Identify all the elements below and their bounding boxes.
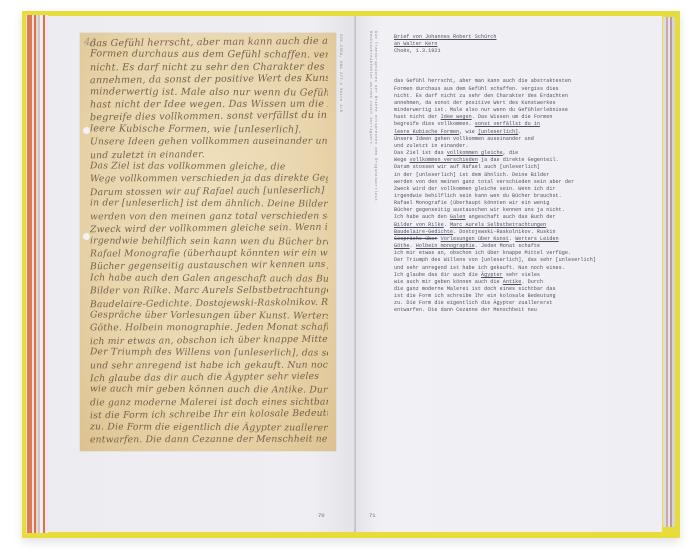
handwriting-line: Der Triumph des Willens von [unleserlich…: [90, 347, 328, 361]
transcript-line: minderwertig ist. Male also nur wenn du …: [394, 107, 656, 114]
transcript-line: Bilder von Rilke. Marc Aurels Selbstbetr…: [394, 222, 656, 229]
text-segment: das Gefühl herrscht, aber man kann auch …: [394, 78, 571, 84]
transcript-line: Unsere Ideen gehen vollkommen auseinande…: [394, 136, 656, 143]
text-segment: Das Ziel ist das: [394, 150, 447, 156]
underlined-text: [unleserlich]: [478, 129, 518, 135]
text-segment: Darum stossen wir auf Rafael auch [unles…: [394, 164, 540, 170]
text-segment: minderwertig ist. Male also nur wenn du …: [394, 107, 568, 113]
transcript-line: Das Ziel ist das vollkommen gleiche, die: [394, 150, 656, 157]
transcript-line: Der Triumph des Willens von [unleserlich…: [394, 257, 656, 264]
transcript-line: das Gefühl herrscht, aber man kann auch …: [394, 78, 656, 85]
underlined-text: vollkommen gleiche: [447, 150, 503, 156]
text-segment: irgendwie behilflich sein kann wen du Bü…: [394, 193, 562, 199]
text-segment: . Jeden Monat schafte: [475, 243, 540, 249]
transcript-line: ich mir etwas an, obschon ich über knapp…: [394, 250, 656, 257]
text-segment: sehr vieles: [503, 272, 540, 278]
transcript-line: Formen durchaus aus dem Gefühl schaffen.…: [394, 86, 656, 93]
struck-text: Gespräche über: [394, 236, 438, 242]
transcript-line: in der [unleserlich] ist dem ähnlich. De…: [394, 172, 656, 179]
text-segment: Der Triumph des Willens von [unleserlich…: [394, 257, 596, 263]
transcript-line: nicht. Es darf nicht zu sehr den Charakt…: [394, 93, 656, 100]
text-segment: und zuletzt in einander.: [394, 143, 469, 149]
transcript-line: entwarfen. Die dann Cezanne der Menschhe…: [394, 307, 656, 314]
letter-title-line1: Brief von Johannes Robert Schürch: [394, 34, 656, 41]
transcript-line: Zweck wird der vollkommen gleiche sein. …: [394, 186, 656, 193]
text-segment: . Durch: [521, 279, 543, 285]
letter-transcript: Brief von Johannes Robert Schürch an Wal…: [394, 34, 656, 315]
text-segment: , wie: [459, 129, 478, 135]
text-segment: Wege: [394, 157, 410, 163]
text-segment: , die: [503, 150, 519, 156]
transcript-line: zu. Die Form die eigentlich die Ägypter …: [394, 300, 656, 307]
underlined-text: vollkommen verschieden: [410, 157, 478, 163]
text-segment: die ganz moderne Malerei ist doch eines …: [394, 286, 556, 292]
transcript-line: Göthe. Holbein monographie. Jeden Monat …: [394, 243, 656, 250]
text-segment: Formen durchaus aus dem Gefühl schaffen.…: [394, 86, 559, 92]
text-segment: Ich habe auch den: [394, 214, 450, 220]
right-page: Die Transkriptionen der Briefe entsprech…: [356, 16, 662, 532]
handwriting-line: Formen durchaus aus dem Gefühl schaffen.…: [90, 49, 328, 63]
open-book-spread: 4/. das Gefühl herrscht, aber man kann a…: [22, 11, 680, 538]
text-segment: angeschaft auch das Buch der: [465, 214, 555, 220]
handwriting-line: zu. Die Form die eigentlich die Ägypter …: [90, 421, 328, 435]
left-page: 4/. das Gefühl herrscht, aber man kann a…: [48, 16, 356, 532]
underlined-text: Bilder von Rilke: [394, 222, 444, 228]
punch-hole-bottom: [83, 233, 90, 240]
text-segment: . Dostojewski-Raskolnikov. Ruskin: [453, 229, 556, 235]
text-segment: und sehr anregend ist habe ich gekauft. …: [394, 265, 565, 271]
transcript-line: Ich glaube das dir auch die Ägypter sehr…: [394, 272, 656, 279]
text-segment: Zweck wird der vollkommen gleiche sein. …: [394, 186, 556, 192]
transcript-line: Gespräche über Vorlesungen über Kunst. W…: [394, 236, 656, 243]
punch-hole-top: [83, 127, 90, 134]
transcript-line: Darum stossen wir auf Rafael auch [unles…: [394, 164, 656, 171]
transcript-line: leere Kubische Formen, wie [unleserlich]…: [394, 129, 656, 136]
underlined-text: Werters Leiden: [515, 236, 559, 242]
text-segment: Unsere Ideen gehen vollkommen auseinande…: [394, 136, 534, 142]
facsimile-source-caption: SIK-ISEA, HNA 277.1 Seite 4/8: [337, 34, 342, 144]
underlined-text: Vorlesungen über Kunst: [441, 236, 509, 242]
handwriting-line: Unsere Ideen gehen vollkommen auseinande…: [90, 136, 328, 149]
handwriting-line: wie auch mir geben können auch die Antik…: [90, 384, 328, 398]
handwritten-letter-facsimile: 4/. das Gefühl herrscht, aber man kann a…: [80, 33, 336, 451]
text-segment: Ich glaube das dir auch die: [394, 272, 481, 278]
letter-header: Brief von Johannes Robert Schürch an Wal…: [394, 34, 656, 55]
text-segment: wie auch mir geben können auch die: [394, 279, 503, 285]
underlined-text: Antike: [503, 279, 522, 285]
transcript-line: annehmen, da sonst der positive Wert des…: [394, 100, 656, 107]
text-segment: nicht. Es darf nicht zu sehr den Charakt…: [394, 93, 568, 99]
text-segment: werden von den meinen ganz total verschi…: [394, 179, 574, 185]
transcript-line: hast nicht der Idee wegen. Das Wissen um…: [394, 114, 656, 121]
handwriting-line: Ich habe auch den Galen angeschaft auch …: [90, 272, 328, 286]
transcription-note-caption: Die Transkriptionen der Briefe entsprech…: [367, 31, 377, 231]
text-segment: . Das Wissen um die Formen: [472, 114, 553, 120]
transcript-line: Rafael Monografie (überhaupt könnten wir…: [394, 200, 656, 207]
letter-place-date: Choëx, 1.3.1921: [394, 48, 656, 55]
underlined-text: Baudelaire-Gedichte: [394, 229, 453, 235]
text-segment: entwarfen. Die dann Cezanne der Menschhe…: [394, 307, 537, 313]
underlined-text: Ägypter: [481, 272, 503, 278]
text-segment: Rafael Monografie (überhaupt könnten wir…: [394, 200, 549, 206]
underlined-text: Göthe: [394, 243, 410, 249]
handwriting-line: minderwertig ist. Male also nur wenn du …: [90, 86, 328, 100]
text-segment: .: [518, 129, 521, 135]
page-number-right: 71: [369, 512, 376, 519]
handwriting-line: in der [unleserlich] ist dem ähnlich. De…: [90, 198, 328, 212]
transcript-line: werden von den meinen ganz total verschi…: [394, 179, 656, 186]
underlined-text: Marc Aurels Selbstbetrachtungen: [450, 222, 546, 228]
handwriting: das Gefühl herrscht, aber man kann auch …: [90, 37, 328, 446]
text-segment: annehmen, da sonst der positive Wert des…: [394, 100, 556, 106]
handwriting-line: Bilder von Rilke. Marc Aurels Selbstbetr…: [90, 285, 328, 298]
underlined-text: sonst verfällst du in: [475, 121, 540, 127]
underlined-text: Galen: [450, 214, 466, 220]
text-segment: ja das direkte Gegenteil.: [478, 157, 559, 163]
page-edges-right: [663, 17, 675, 527]
handwriting-line: Zweck wird der vollkommen gleiche sein. …: [90, 222, 328, 237]
underlined-text: Holbein monographie: [416, 243, 475, 249]
transcript-line: und zuletzt in einander.: [394, 143, 656, 150]
text-segment: hast nicht der: [394, 114, 441, 120]
page-number-left: 70: [318, 512, 325, 519]
text-segment: in der [unleserlich] ist dem ähnlich. De…: [394, 172, 549, 178]
text-segment: begreife dies vollkommen.: [394, 121, 475, 127]
transcript-line: Ich habe auch den Galen angeschaft auch …: [394, 214, 656, 221]
underlined-text: Idee wegen: [441, 114, 472, 120]
page-edges-left: [26, 15, 48, 533]
handwriting-line: entwarfen. Die dann Cezanne der Menschhe…: [90, 434, 328, 447]
handwriting-line: irgendwie behilflich sein kann wen du Bü…: [90, 235, 328, 249]
text-segment: zu. Die Form die eigentlich die Ägypter …: [394, 300, 552, 306]
transcript-line: begreife dies vollkommen. sonst verfälls…: [394, 121, 656, 128]
transcript-line: die ganz moderne Malerei ist doch eines …: [394, 286, 656, 293]
transcript-line: Wege vollkommen verschieden ja das direk…: [394, 157, 656, 164]
text-segment: ist die Form ich schreibe Ihr ein kolosa…: [394, 293, 556, 299]
transcript-line: wie auch mir geben können auch die Antik…: [394, 279, 656, 286]
underlined-text: leere Kubische Formen: [394, 129, 459, 135]
transcript-line: Bücher gegenseitig austauschen wir kenne…: [394, 207, 656, 214]
transcript-line: irgendwie behilflich sein kann wen du Bü…: [394, 193, 656, 200]
transcript-body: das Gefühl herrscht, aber man kann auch …: [394, 78, 656, 314]
transcript-line: und sehr anregend ist habe ich gekauft. …: [394, 265, 656, 272]
transcript-line: Baudelaire-Gedichte. Dostojewski-Raskoln…: [394, 229, 656, 236]
letter-title-line2: an Walter Kern: [394, 41, 656, 48]
text-segment: Bücher gegenseitig austauschen wir kenne…: [394, 207, 565, 213]
text-segment: ich mir etwas an, obschon ich über knapp…: [394, 250, 571, 256]
